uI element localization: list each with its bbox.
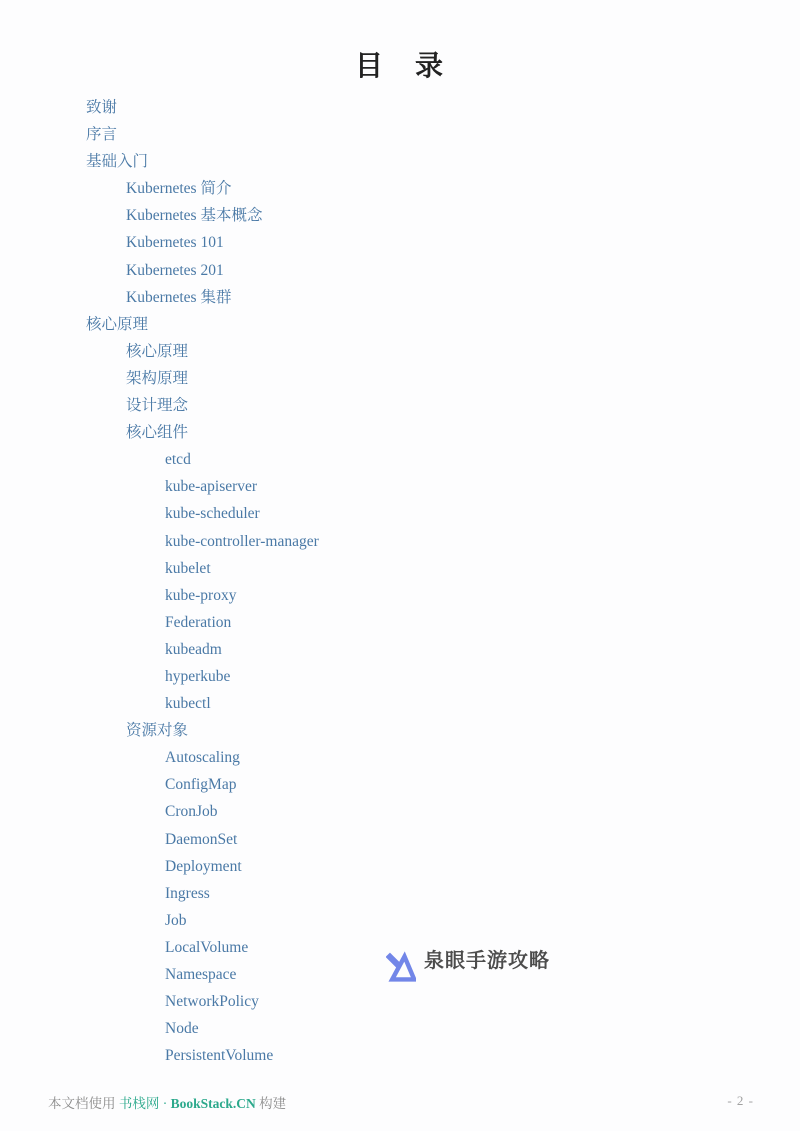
- toc-item[interactable]: Node: [0, 1015, 800, 1042]
- toc-item[interactable]: DaemonSet: [0, 826, 800, 853]
- toc-list: 致谢序言基础入门Kubernetes 简介Kubernetes 基本概念Kube…: [0, 94, 800, 1069]
- page-number: - 2 -: [727, 1093, 754, 1109]
- toc-item[interactable]: 致谢: [0, 94, 800, 121]
- toc-item[interactable]: kube-controller-manager: [0, 528, 800, 555]
- toc-item[interactable]: Kubernetes 基本概念: [0, 202, 800, 229]
- toc-item[interactable]: Federation: [0, 609, 800, 636]
- footer-prefix: 本文档使用: [48, 1096, 119, 1111]
- document-page: 目 录 致谢序言基础入门Kubernetes 简介Kubernetes 基本概念…: [0, 0, 800, 1131]
- toc-item[interactable]: 设计理念: [0, 392, 800, 419]
- watermark-text: 泉眼手游攻略: [424, 944, 550, 973]
- toc-item[interactable]: 基础入门: [0, 148, 800, 175]
- toc-item[interactable]: kube-proxy: [0, 582, 800, 609]
- toc-item[interactable]: 序言: [0, 121, 800, 148]
- toc-item[interactable]: kube-scheduler: [0, 500, 800, 527]
- watermark: 泉眼手游攻略: [386, 944, 550, 987]
- footer-brand-cn-link[interactable]: 书栈网 ·: [119, 1096, 171, 1111]
- toc-item[interactable]: Kubernetes 201: [0, 257, 800, 284]
- page-title: 目 录: [0, 44, 800, 84]
- toc-item[interactable]: kubeadm: [0, 636, 800, 663]
- toc-item[interactable]: 资源对象: [0, 717, 800, 744]
- toc-item[interactable]: 核心原理: [0, 311, 800, 338]
- toc-item[interactable]: CronJob: [0, 798, 800, 825]
- toc-item[interactable]: Kubernetes 简介: [0, 175, 800, 202]
- footer-build-note: 本文档使用 书栈网 · BookStack.CN 构建: [48, 1092, 286, 1112]
- toc-item[interactable]: 架构原理: [0, 365, 800, 392]
- toc-item[interactable]: PersistentVolume: [0, 1042, 800, 1069]
- toc-item[interactable]: ConfigMap: [0, 771, 800, 798]
- footer-brand-en-link[interactable]: BookStack.CN: [171, 1096, 256, 1111]
- toc-item[interactable]: kubectl: [0, 690, 800, 717]
- footer-suffix: 构建: [256, 1096, 286, 1111]
- toc-item[interactable]: hyperkube: [0, 663, 800, 690]
- toc-item[interactable]: 核心组件: [0, 419, 800, 446]
- toc-item[interactable]: 核心原理: [0, 338, 800, 365]
- toc-item[interactable]: Autoscaling: [0, 744, 800, 771]
- toc-item[interactable]: Kubernetes 101: [0, 229, 800, 256]
- toc-item[interactable]: Deployment: [0, 853, 800, 880]
- toc-item[interactable]: etcd: [0, 446, 800, 473]
- toc-item[interactable]: Job: [0, 907, 800, 934]
- toc-item[interactable]: kubelet: [0, 555, 800, 582]
- toc-item[interactable]: Ingress: [0, 880, 800, 907]
- toc-item[interactable]: kube-apiserver: [0, 473, 800, 500]
- triangle-logo-icon: [386, 949, 416, 987]
- toc-item[interactable]: NetworkPolicy: [0, 988, 800, 1015]
- toc-item[interactable]: Kubernetes 集群: [0, 284, 800, 311]
